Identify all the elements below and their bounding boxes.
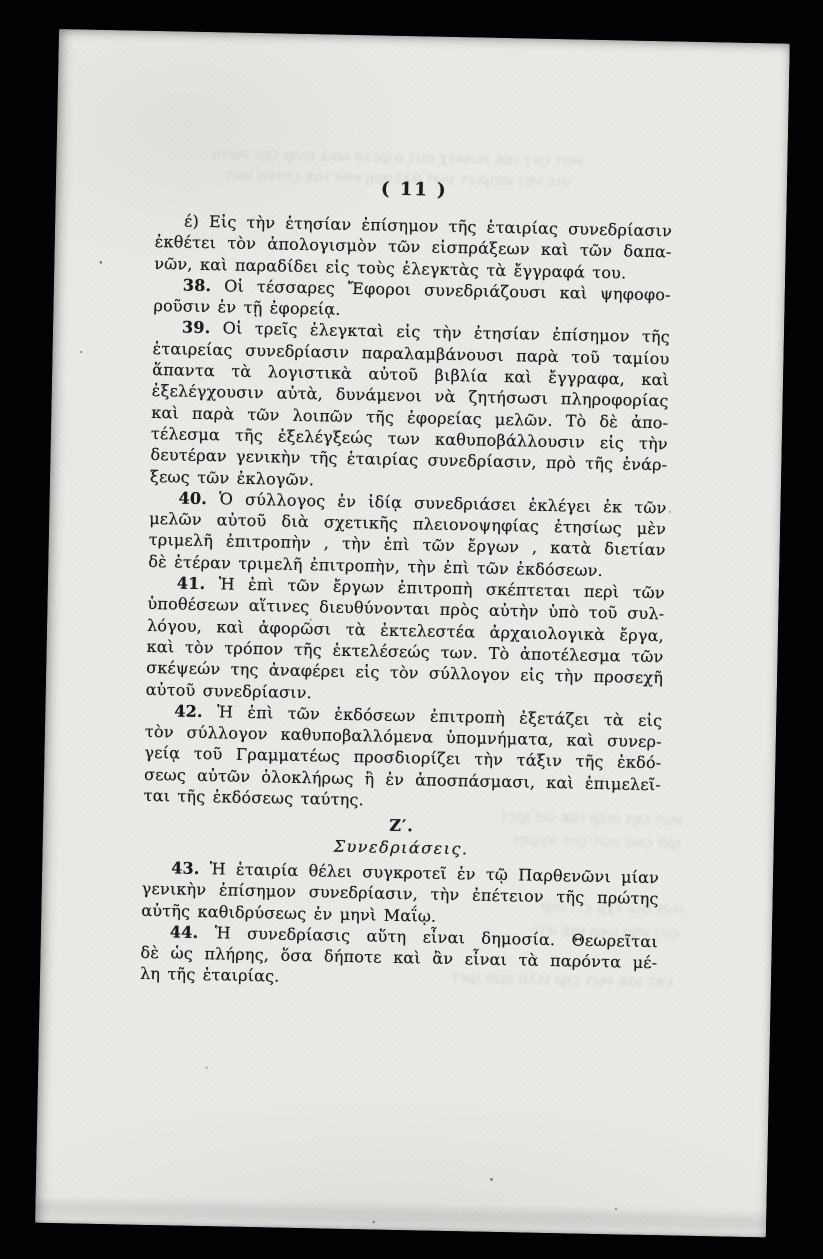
article-number: 43. — [171, 858, 200, 878]
bleed-through-text: νωτ ϛατ ιακ νωνιεχ ποτ αιρετσ ωνλ οιεμ ϛ… — [151, 143, 583, 172]
scanned-page: νωτ ϛατ ιακ νωνιεχ ποτ αιρετσ ωνλ οιεμ ϛ… — [35, 29, 790, 1237]
paragraph: 43. Ἡ ἑταιρία θέλει συγκροτεῖ ἐν τῷ Παρθ… — [141, 857, 659, 931]
paper-specks — [59, 29, 60, 30]
page-number: ( 11 ) — [156, 174, 673, 205]
article-number: 39. — [182, 318, 211, 338]
article-number: 44. — [170, 922, 199, 942]
article-number: 41. — [177, 574, 206, 594]
scanner-background: νωτ ϛατ ιακ νωνιεχ ποτ αιρετσ ωνλ οιεμ ϛ… — [0, 0, 823, 1259]
text-column: ( 11 ) έ) Εἰς τὴν ἐτησίαν ἐπίσημον τῆς ἑ… — [140, 174, 673, 995]
page-text: έ) Εἰς τὴν ἐτησίαν ἐπίσημον τῆς ἑταιρίας… — [140, 210, 672, 995]
paragraph: 44. Ἡ συνεδρίασις αὕτη εἶναι δημοσία. Θε… — [140, 921, 658, 995]
paragraph: 39. Οἱ τρεῖς ἐλεγκταὶ εἰς τὴν ἐτησίαν ἐπ… — [150, 316, 670, 497]
article-number: 42. — [174, 701, 203, 721]
article-number: 38. — [183, 275, 212, 295]
article-number: 40. — [178, 488, 207, 508]
paragraph: 42. Ἡ ἐπὶ τῶν ἐκδόσεων ἐπιτροπὴ ἐξετάζει… — [143, 700, 662, 817]
paragraph: έ) Εἰς τὴν ἐτησίαν ἐπίσημον τῆς ἑταιρίας… — [154, 210, 672, 284]
paragraph: 41. Ἡ ἐπὶ τῶν ἔργων ἐπιτροπὴ σκέπτεται π… — [146, 572, 665, 710]
paragraph: 40. Ὁ σύλλογος ἐν ἰδίᾳ συνεδριάσει ἐκλέγ… — [148, 487, 667, 583]
